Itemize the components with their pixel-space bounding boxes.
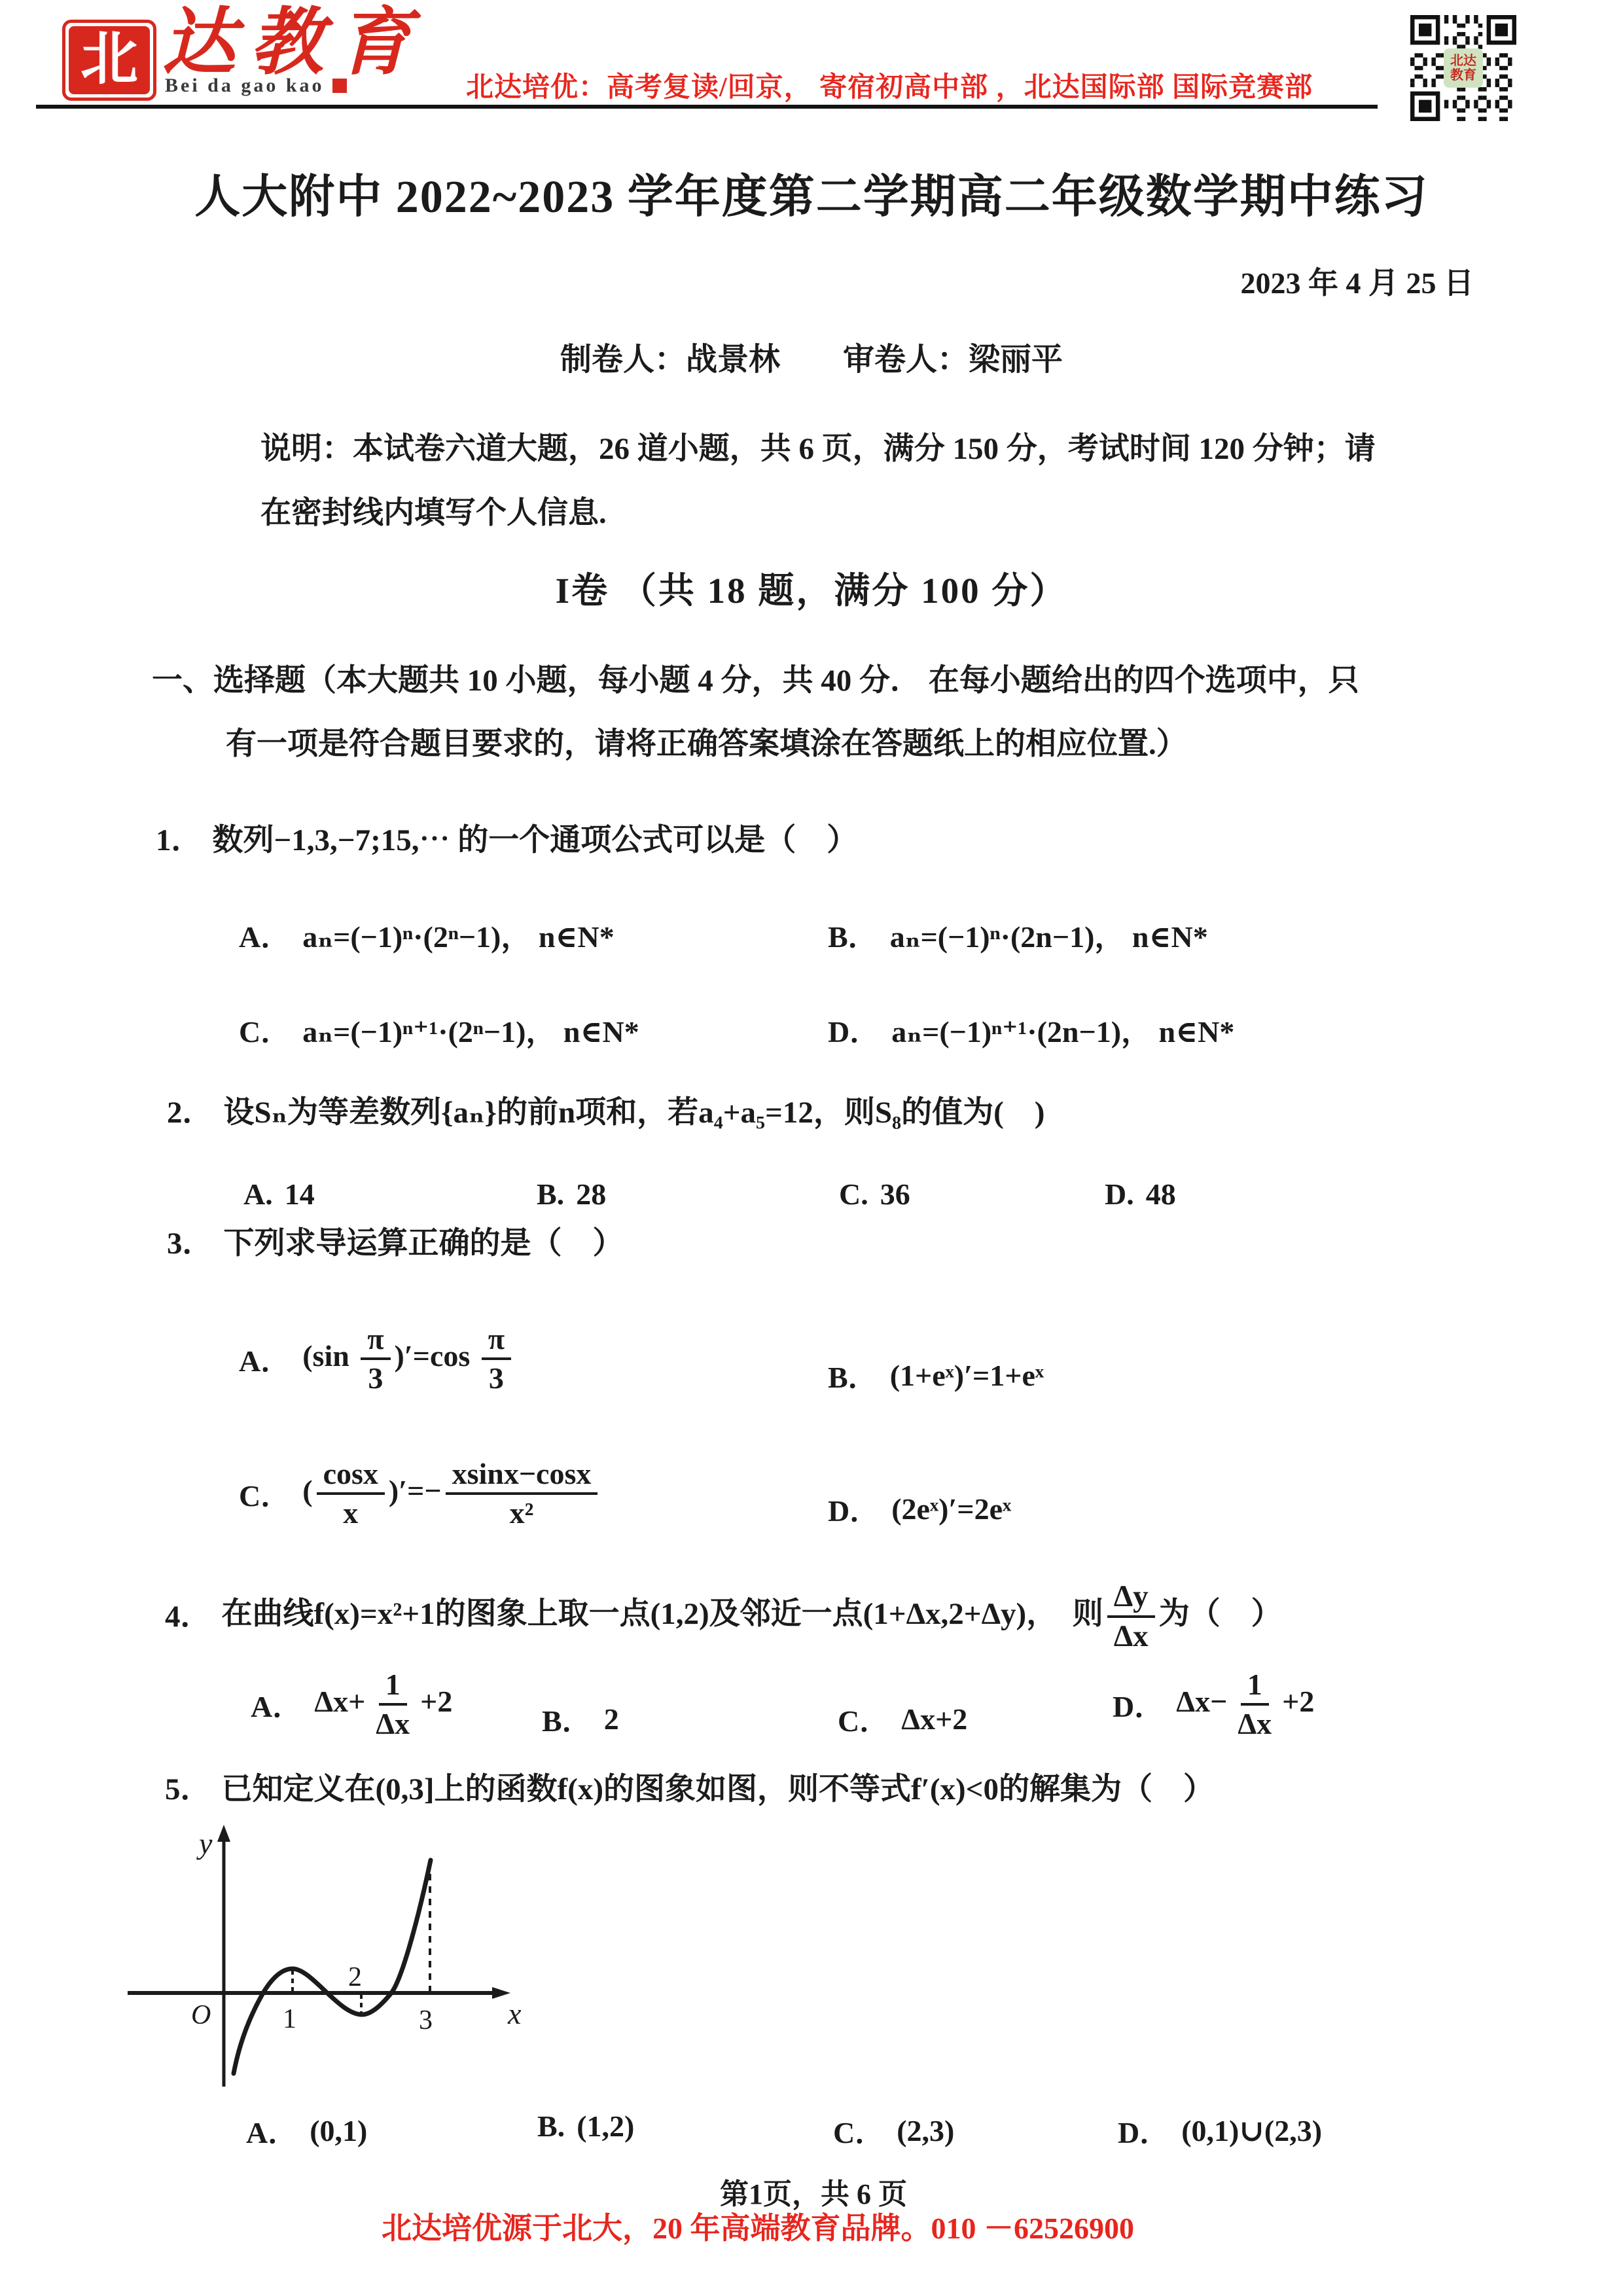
origin-label: O (191, 2000, 211, 2030)
tick-3-label: 3 (419, 2005, 433, 2036)
exam-title: 人大附中 2022~2023 学年度第二学期高二年级数学期中练习 (0, 160, 1623, 226)
question-4-option-a: A． Δx+1Δx+2 (251, 1669, 452, 1740)
option-label: B. (537, 1177, 564, 1211)
question-5-option-c: C． (2,3) (833, 2109, 954, 2152)
x-axis-label: x (507, 1997, 522, 2030)
question-5-option-b: B. (1,2) (537, 2109, 634, 2144)
qr-center-line2: 教育 (1450, 68, 1476, 82)
option-label: A． (251, 1683, 302, 1726)
question-5-text: 已知定义在(0,3]上的函数f(x)的图象如图，则不等式f′(x)<0的解集为（… (222, 1771, 1214, 1808)
header-slogan: 北达培优：高考复读/回京， 寄宿初高中部 ，北达国际部 国际竞赛部 (466, 65, 1313, 105)
option-label: A． (239, 1337, 291, 1380)
question-4-option-b: B． 2 (542, 1697, 619, 1740)
question-3-stem: 3． 下列求导运算正确的是（ ） (167, 1225, 624, 1262)
question-3-option-d: D． (2eˣ)′=2eˣ (828, 1487, 1011, 1530)
question-4-option-d: D． Δx−1Δx+2 (1113, 1669, 1314, 1740)
option-label: D. (1105, 1177, 1134, 1211)
option-value: 14 (285, 1177, 315, 1211)
question-3-number: 3． (167, 1225, 213, 1262)
option-formula: aₙ=(−1)ⁿ·(2n−1)， n∈N* (890, 913, 1208, 956)
function-graph: y O 1 2 3 x (118, 1825, 550, 2094)
question-2-option-d: D. 48 (1105, 1177, 1176, 1211)
qr-code: 北达 教育 (1410, 15, 1516, 121)
instructions-line2: 在密封线内填写个人信息. (260, 488, 607, 532)
question-5-number: 5． (165, 1771, 211, 1808)
option-value: (1,2) (577, 2109, 634, 2144)
exam-page: 北 达教育 Bei da gao kao 北达培优：高考复读/回京， 寄宿初高中… (0, 0, 1623, 2296)
question-1-text: 数列−1,3,−7;15,⋯ 的一个通项公式可以是（ ） (213, 822, 858, 859)
brand-seal-character: 北 (69, 26, 150, 94)
function-curve (234, 1860, 431, 2073)
option-formula: aₙ=(−1)ⁿ⁺¹·(2n−1)， n∈N* (891, 1008, 1234, 1051)
option-formula: (2eˣ)′=2eˣ (891, 1492, 1011, 1526)
header-divider (36, 105, 1378, 109)
option-value: 2 (604, 1702, 619, 1736)
question-5-option-d: D． (0,1)∪(2,3) (1118, 2109, 1322, 2152)
question-4-text: 在曲线f(x)=x²+1的图象上取一点(1,2)及邻近一点(1+Δx,2+Δy)… (222, 1581, 1282, 1653)
option-formula: (cosxx)′=−xsinx−cosxx² (302, 1458, 601, 1530)
brand-red-square-icon (332, 79, 347, 93)
qr-center-logo: 北达 教育 (1444, 48, 1483, 88)
option-label: B． (828, 1354, 878, 1397)
question-1-stem: 1． 数列−1,3,−7;15,⋯ 的一个通项公式可以是（ ） (156, 822, 857, 859)
option-formula: (1+eˣ)′=1+eˣ (890, 1358, 1044, 1393)
option-label: C． (239, 1472, 291, 1515)
option-formula: (sin π3)′=cos π3 (302, 1323, 515, 1395)
option-value: 48 (1146, 1177, 1176, 1211)
footer-promo: 北达培优源于北大，20 年高端教育品牌。010 －62526900 (382, 2204, 1134, 2248)
function-graph-svg: y O 1 2 3 x (118, 1825, 550, 2094)
exam-date: 2023 年 4 月 25 日 (1241, 259, 1474, 302)
part1-heading: I卷 （共 18 题，满分 100 分） (0, 562, 1623, 613)
question-3-option-c: C． (cosxx)′=−xsinx−cosxx² (239, 1458, 601, 1530)
question-3-option-a: A． (sin π3)′=cos π3 (239, 1323, 515, 1395)
question-5-option-a: A． (0,1) (246, 2109, 367, 2152)
option-value: 36 (880, 1177, 910, 1211)
question-4-stem: 4． 在曲线f(x)=x²+1的图象上取一点(1,2)及邻近一点(1+Δx,2+… (165, 1581, 1282, 1653)
exam-makers: 制卷人：战景林 审卷人：梁丽平 (0, 334, 1623, 379)
option-formula: Δx+2 (901, 1702, 967, 1736)
option-label: D． (828, 1487, 880, 1530)
option-value: (0,1) (310, 2113, 367, 2148)
option-value: (0,1)∪(2,3) (1181, 2113, 1322, 2148)
option-label: A. (243, 1177, 273, 1211)
option-label: D． (1118, 2109, 1169, 2152)
option-label: C． (838, 1697, 889, 1740)
option-label: B． (828, 913, 878, 956)
option-label: C. (839, 1177, 868, 1211)
question-2-option-b: B. 28 (537, 1177, 606, 1211)
brand-subtext-label: Bei da gao kao (165, 75, 325, 97)
option-label: A． (239, 913, 291, 956)
question-5-stem: 5． 已知定义在(0,3]上的函数f(x)的图象如图，则不等式f′(x)<0的解… (165, 1771, 1214, 1808)
tick-1-label: 1 (283, 2004, 296, 2034)
y-axis-label: y (196, 1827, 213, 1860)
brand-script-text: 达教育 (162, 7, 425, 80)
qr-center-line1: 北达 (1450, 54, 1476, 68)
question-4-number: 4． (165, 1598, 211, 1635)
question-1-option-d: D． aₙ=(−1)ⁿ⁺¹·(2n−1)， n∈N* (828, 1008, 1234, 1051)
option-formula: Δx+1Δx+2 (314, 1669, 452, 1740)
question-1-option-a: A． aₙ=(−1)ⁿ·(2ⁿ−1)， n∈N* (239, 913, 615, 956)
option-label: C． (833, 2109, 885, 2152)
question-2-number: 2． (167, 1094, 213, 1131)
y-axis-arrow-icon (217, 1825, 230, 1842)
question-2-text: 设Sₙ为等差数列{aₙ}的前n项和，若a₄+a₅=12，则S₈的值为( ) (224, 1094, 1045, 1131)
question-1-number: 1． (156, 822, 202, 859)
question-1-option-b: B． aₙ=(−1)ⁿ·(2n−1)， n∈N* (828, 913, 1208, 956)
option-formula: aₙ=(−1)ⁿ⁺¹·(2ⁿ−1)， n∈N* (302, 1008, 639, 1051)
option-formula: Δx−1Δx+2 (1176, 1669, 1314, 1740)
option-value: 28 (576, 1177, 606, 1211)
option-label: C． (239, 1008, 291, 1051)
option-label: B. (537, 2109, 565, 2144)
section1-intro-line2: 有一项是符合题目要求的，请将正确答案填涂在答题纸上的相应位置.） (226, 719, 1187, 763)
option-formula: aₙ=(−1)ⁿ·(2ⁿ−1)， n∈N* (302, 913, 614, 956)
question-4-option-c: C． Δx+2 (838, 1697, 967, 1740)
tick-2-label: 2 (348, 1962, 362, 1992)
question-1-option-c: C． aₙ=(−1)ⁿ⁺¹·(2ⁿ−1)， n∈N* (239, 1008, 639, 1051)
brand-seal-logo: 北 (62, 20, 156, 101)
question-2-stem: 2． 设Sₙ为等差数列{aₙ}的前n项和，若a₄+a₅=12，则S₈的值为( ) (167, 1094, 1044, 1131)
instructions-line1: 说明：本试卷六道大题，26 道小题，共 6 页，满分 150 分，考试时间 12… (260, 424, 1376, 468)
brand-subtext: Bei da gao kao (165, 75, 347, 97)
question-2-option-c: C. 36 (839, 1177, 910, 1211)
option-label: D． (1113, 1683, 1164, 1726)
question-3-text: 下列求导运算正确的是（ ） (224, 1225, 624, 1262)
section1-intro-line1: 一、选择题（本大题共 10 小题，每小题 4 分，共 40 分． 在每小题给出的… (152, 656, 1359, 700)
question-2-option-a: A. 14 (243, 1177, 315, 1211)
question-3-option-b: B． (1+eˣ)′=1+eˣ (828, 1354, 1044, 1397)
option-label: D． (828, 1008, 880, 1051)
option-value: (2,3) (897, 2113, 954, 2148)
option-label: A． (246, 2109, 298, 2152)
option-label: B． (542, 1697, 592, 1740)
